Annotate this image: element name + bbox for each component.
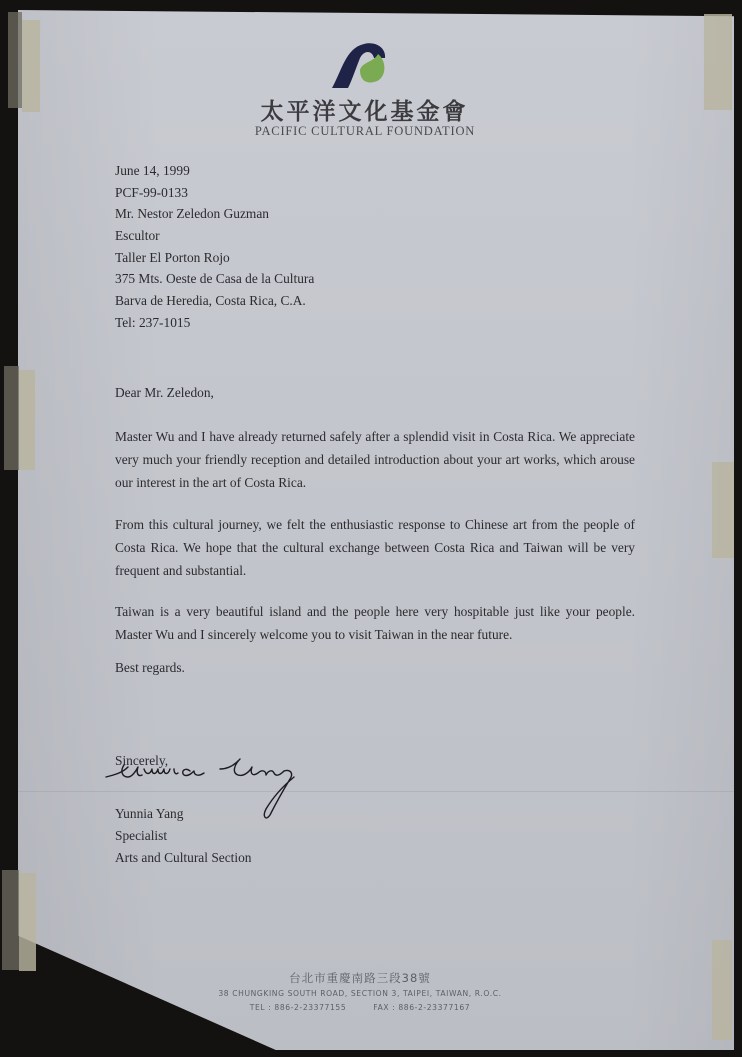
paragraph-3: Taiwan is a very beautiful island and th… xyxy=(115,600,635,646)
recipient-city: Barva de Heredia, Costa Rica, C.A. xyxy=(115,290,635,312)
tape-bottom-right xyxy=(712,940,732,1040)
tape-lower-left xyxy=(19,873,36,971)
foundation-logo-icon xyxy=(330,40,394,90)
foundation-chinese-name: 太平洋文化基金會 xyxy=(247,93,482,126)
tape-mid-left xyxy=(19,370,35,470)
letter-body: June 14, 1999 PCF-99-0133 Mr. Nestor Zel… xyxy=(115,160,635,334)
letterhead-footer: 台北市重慶南路三段38號 38 CHUNGKING SOUTH ROAD, SE… xyxy=(190,970,530,1015)
tape-mid-right xyxy=(712,462,734,558)
paragraph-2: From this cultural journey, we felt the … xyxy=(115,513,635,582)
address-block: June 14, 1999 PCF-99-0133 Mr. Nestor Zel… xyxy=(115,160,635,334)
paragraph-1: Master Wu and I have already returned sa… xyxy=(115,425,635,494)
letter-date: June 14, 1999 xyxy=(115,160,635,182)
tape-top-left xyxy=(22,20,40,112)
signer-department: Arts and Cultural Section xyxy=(115,847,252,869)
recipient-street: 375 Mts. Oeste de Casa de la Cultura xyxy=(115,268,635,290)
footer-english-address: 38 CHUNGKING SOUTH ROAD, SECTION 3, TAIP… xyxy=(190,987,530,1001)
salutation: Dear Mr. Zeledon, xyxy=(115,385,214,401)
signer-title: Specialist xyxy=(115,825,252,847)
recipient-name: Mr. Nestor Zeledon Guzman xyxy=(115,203,635,225)
tape-top-left-shadow xyxy=(8,12,22,108)
footer-fax: FAX : 886-2-23377167 xyxy=(373,1001,470,1015)
recipient-occupation: Escultor xyxy=(115,225,635,247)
footer-telephone: TEL : 886-2-23377155 xyxy=(250,1001,347,1015)
handwritten-signature-icon xyxy=(100,755,310,825)
recipient-workshop: Taller El Porton Rojo xyxy=(115,247,635,269)
footer-contact: TEL : 886-2-23377155 FAX : 886-2-2337716… xyxy=(190,1001,530,1015)
foundation-english-name: PACIFIC CULTURAL FOUNDATION xyxy=(250,124,480,139)
footer-chinese-address: 台北市重慶南路三段38號 xyxy=(190,970,530,987)
tape-top-right xyxy=(704,14,732,110)
tape-mid-left-shadow xyxy=(4,366,19,470)
recipient-phone: Tel: 237-1015 xyxy=(115,312,635,334)
closing-line: Best regards. xyxy=(115,660,185,676)
tape-lower-left-shadow xyxy=(2,870,19,970)
reference-number: PCF-99-0133 xyxy=(115,182,635,204)
